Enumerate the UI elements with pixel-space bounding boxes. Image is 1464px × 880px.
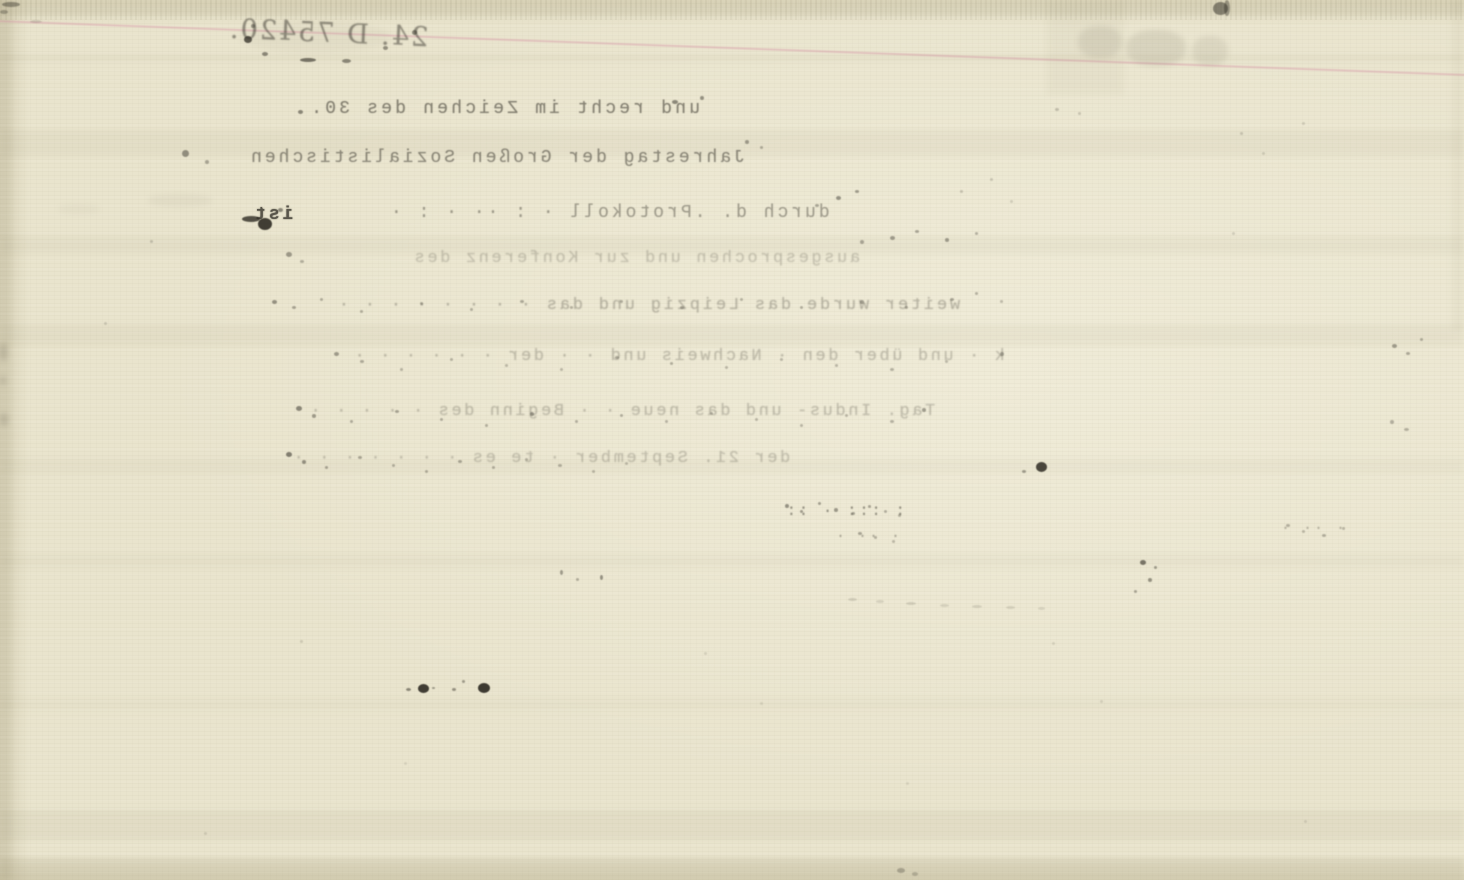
- ink-speck: [940, 604, 949, 607]
- ink-speck: [1010, 200, 1013, 203]
- ink-speck: [912, 872, 918, 876]
- ink-speck: [1240, 132, 1243, 135]
- ink-speck: [525, 458, 528, 461]
- tonal-band: [0, 0, 1464, 16]
- ink-speck: [990, 178, 993, 181]
- ink-speck: [470, 308, 473, 311]
- ink-speck: [1036, 462, 1047, 472]
- ink-speck: [780, 358, 783, 361]
- ink-speck: [300, 640, 303, 643]
- ink-speck: [915, 230, 919, 233]
- ink-speck: [1392, 344, 1397, 348]
- ink-speck: [570, 306, 573, 309]
- ink-speck: [592, 470, 595, 473]
- ink-speck: [1404, 428, 1409, 431]
- ink-speck: [858, 532, 862, 535]
- ink-speck: [835, 364, 838, 367]
- ink-speck: [420, 302, 423, 305]
- ink-speck: [1038, 607, 1045, 610]
- ink-speck: [104, 322, 107, 325]
- ink-speck: [312, 414, 316, 418]
- ink-speck: [1134, 590, 1137, 593]
- tonal-band: [0, 858, 1464, 880]
- ink-speck: [244, 36, 252, 43]
- ink-speck: [1100, 700, 1103, 703]
- paper-smudge: [1192, 36, 1228, 66]
- ink-speck: [334, 352, 339, 356]
- ink-speck: [560, 368, 563, 371]
- ink-speck: [755, 418, 758, 421]
- ink-speck: [1302, 122, 1305, 125]
- ink-speck: [868, 505, 871, 508]
- ink-speck: [855, 190, 859, 193]
- ink-speck: [922, 408, 926, 412]
- paper-scan: 24. D 75420.und recht im Zeichen des 30.…: [0, 0, 1464, 880]
- ink-speck: [620, 414, 623, 417]
- ink-speck: [286, 252, 292, 257]
- ink-speck: [615, 356, 619, 359]
- ink-speck: [558, 464, 562, 467]
- ink-speck: [485, 424, 488, 427]
- ink-speck: [975, 232, 978, 235]
- ink-speck: [300, 260, 304, 263]
- paper-smudge: [0, 343, 7, 361]
- ink-speck: [412, 30, 417, 35]
- ink-speck: [836, 196, 841, 200]
- ink-speck: [845, 414, 848, 417]
- ink-speck: [972, 605, 982, 608]
- ink-speck: [258, 218, 272, 230]
- ink-speck: [296, 406, 302, 411]
- ink-speck: [452, 688, 456, 691]
- bleedthrough-line-3: durch d. .Protokoll · : ·· · : ·: [388, 203, 830, 223]
- ink-speck: [950, 298, 954, 301]
- ink-speck: [852, 512, 855, 515]
- ink-speck: [890, 236, 895, 240]
- ink-speck: [404, 762, 407, 765]
- ink-speck: [440, 418, 443, 421]
- ink-speck: [1302, 530, 1305, 533]
- ink-speck: [815, 204, 819, 207]
- ink-speck: [251, 24, 255, 28]
- ink-speck: [600, 575, 603, 580]
- ink-speck: [1342, 527, 1345, 530]
- ink-speck: [860, 240, 864, 244]
- ink-speck: [1390, 420, 1394, 424]
- paper-smudge: [0, 413, 8, 426]
- ink-speck: [392, 464, 395, 467]
- bleedthrough-line-2: Jahrestag der Großen Sozialistischen: [248, 148, 745, 168]
- ink-speck: [1262, 152, 1265, 155]
- ink-speck: [272, 300, 277, 304]
- ink-speck: [1000, 352, 1004, 356]
- ink-speck: [0, 10, 8, 14]
- ink-speck: [406, 688, 411, 691]
- bleedthrough-line-6: k · und über den · Nachweis und · · der …: [352, 347, 1005, 366]
- ink-speck: [1052, 642, 1055, 645]
- ink-speck: [760, 146, 763, 149]
- ink-speck: [620, 300, 623, 303]
- ink-speck: [625, 462, 628, 465]
- ink-speck: [418, 684, 429, 693]
- ink-speck: [906, 782, 909, 785]
- ink-speck: [1406, 352, 1410, 355]
- bleedthrough-line-7: Tag. Indus- und das neue · · Beginn des …: [308, 402, 935, 421]
- ink-speck: [400, 368, 403, 371]
- ink-speck: [897, 868, 905, 873]
- ink-speck: [242, 216, 260, 222]
- ink-speck: [745, 140, 749, 144]
- ink-speck: [800, 306, 803, 309]
- ink-speck: [205, 160, 209, 164]
- ink-speck: [560, 570, 563, 575]
- bleedthrough-line-1: und recht im Zeichen des 30.: [308, 99, 700, 119]
- ink-speck: [425, 470, 428, 473]
- ink-speck: [286, 452, 292, 457]
- ink-speck: [1154, 566, 1157, 569]
- paper-smudge: [58, 204, 100, 214]
- ink-speck: [262, 52, 268, 56]
- ink-speck: [1000, 300, 1003, 303]
- tonal-band: [0, 54, 1464, 62]
- ink-speck: [905, 306, 908, 309]
- ink-speck: [884, 510, 887, 513]
- ink-speck: [672, 100, 678, 104]
- ink-speck: [906, 602, 916, 605]
- paper-smudge: [1126, 30, 1186, 66]
- ink-speck: [458, 460, 462, 463]
- ink-speck: [325, 466, 328, 469]
- ink-speck: [342, 59, 351, 63]
- ink-speck: [383, 46, 388, 50]
- ink-speck: [860, 300, 864, 304]
- paper-smudge: [148, 194, 212, 207]
- ink-speck: [462, 680, 465, 683]
- ink-speck: [818, 502, 821, 505]
- ink-speck: [505, 364, 508, 367]
- ink-speck: [898, 514, 901, 517]
- ink-speck: [300, 58, 316, 62]
- ink-speck: [1022, 470, 1026, 473]
- tonal-band: [0, 810, 1464, 840]
- ink-speck: [892, 540, 895, 543]
- ink-speck: [800, 510, 803, 513]
- ink-speck: [576, 578, 579, 581]
- ink-speck: [1304, 820, 1307, 823]
- ink-speck: [680, 306, 684, 309]
- bleedthrough-line-8: der 21. September · te es · · · · · · ·: [291, 449, 790, 468]
- bleedthrough-line-5: weiter wurde das Leipzig und das · · · ·…: [336, 296, 960, 315]
- ink-speck: [704, 652, 707, 655]
- ink-speck: [358, 456, 362, 459]
- ink-speck: [1055, 108, 1059, 111]
- ink-speck: [1224, 0, 1230, 16]
- tonal-band: [0, 554, 1464, 568]
- ink-speck: [432, 687, 435, 689]
- ink-speck: [530, 412, 534, 416]
- bleedthrough-line-11: · ·· ·: [1279, 520, 1345, 537]
- ink-speck: [298, 110, 303, 114]
- tonal-vband: [0, 0, 12, 880]
- ink-speck: [292, 306, 296, 309]
- ink-speck: [320, 298, 323, 301]
- ink-speck: [1148, 578, 1152, 582]
- ink-speck: [520, 300, 524, 303]
- bleedthrough-line-10: · ·· ·: [834, 528, 900, 545]
- ink-speck: [725, 366, 728, 369]
- ink-speck: [890, 368, 894, 371]
- ink-speck: [670, 362, 673, 365]
- ink-speck: [1286, 524, 1290, 527]
- ink-speck: [478, 683, 490, 693]
- ink-speck: [760, 702, 763, 705]
- ink-speck: [350, 420, 353, 423]
- ink-speck: [945, 360, 948, 363]
- ink-speck: [1140, 560, 1146, 565]
- ink-speck: [1232, 232, 1235, 235]
- ink-speck: [1078, 112, 1081, 115]
- ink-speck: [1322, 534, 1326, 537]
- bleedthrough-line-4: ausgesprochen und zur Konferenz des: [412, 249, 860, 268]
- ink-speck: [450, 358, 453, 361]
- ink-speck: [1420, 338, 1423, 341]
- ink-speck: [848, 598, 857, 601]
- pink-rule-line: [0, 20, 1464, 76]
- ink-speck: [834, 508, 838, 512]
- ink-speck: [890, 420, 894, 423]
- ink-speck: [876, 600, 884, 603]
- ink-speck: [700, 96, 704, 100]
- paper-smudge: [0, 376, 6, 385]
- ink-speck: [785, 504, 789, 508]
- ink-speck: [874, 536, 877, 539]
- paper-smudge: [1078, 26, 1122, 58]
- ink-speck: [2, 2, 20, 7]
- ink-speck: [492, 466, 495, 469]
- ink-speck: [395, 410, 399, 413]
- ink-speck: [182, 150, 189, 157]
- ink-speck: [360, 360, 364, 363]
- ink-speck: [665, 420, 668, 423]
- ink-speck: [150, 240, 153, 243]
- ink-speck: [204, 832, 207, 835]
- ink-speck: [710, 412, 713, 415]
- tonal-band: [0, 698, 1464, 710]
- ink-speck: [360, 310, 363, 313]
- ink-speck: [740, 298, 743, 301]
- ink-speck: [302, 460, 306, 464]
- ink-speck: [960, 190, 963, 193]
- ink-speck: [575, 420, 578, 423]
- tonal-band: [0, 324, 1464, 346]
- ink-speck: [975, 292, 978, 295]
- ink-speck: [30, 20, 42, 23]
- ink-speck: [945, 238, 949, 242]
- ink-speck: [800, 424, 803, 427]
- ink-speck: [278, 208, 283, 212]
- tonal-vband: [1452, 0, 1464, 330]
- ink-speck: [1006, 606, 1015, 609]
